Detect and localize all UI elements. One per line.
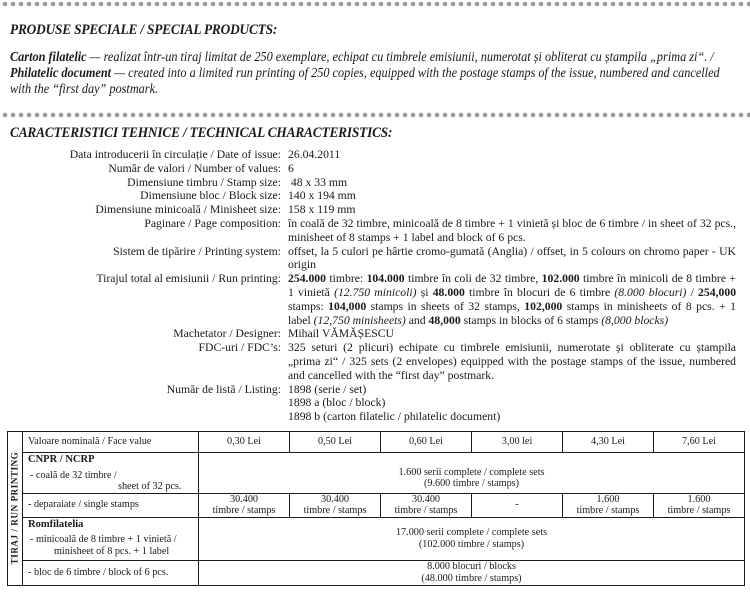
minisheet-sets: 17.000 serii complete / complete sets (199, 527, 744, 539)
spec-row-block-size: Dimensiune bloc / Block size: 140 x 194 … (0, 189, 750, 203)
spec-label: Dimensiune bloc / Block size: (0, 189, 281, 203)
romfilatelia-minisheet-row: Romfilatelia - minicoală de 8 timbre + 1… (8, 517, 745, 560)
spec-value: 325 seturi (2 plicuri) echipate cu timbr… (288, 341, 736, 382)
spec-label: FDC-uri / FDC’s: (0, 341, 281, 382)
spec-row-designer: Machetator / Designer: Mihail VĂMĂȘESCU (0, 327, 750, 341)
spec-row-listing: Număr de listă / Listing: 1898 (serie / … (0, 383, 750, 424)
romfilatelia-group-label: Romfilatelia (28, 519, 198, 531)
block-label: - bloc de 6 timbre / block of 6 pcs. (23, 560, 199, 585)
cnpr-sheet-row: CNPR / NCRP - coală de 32 timbre / sheet… (8, 453, 745, 494)
minisheet-label-ro: - minicoală de 8 timbre + 1 vinietă / (28, 534, 198, 546)
minisheet-stamps: (102.000 timbre / stamps) (199, 539, 744, 551)
spec-value: Mihail VĂMĂȘESCU (288, 327, 736, 341)
face-value-cell: 4,30 Lei (563, 432, 654, 453)
philatelic-card-en-text: — created into a limited run printing of… (10, 65, 720, 96)
spec-value-listing: 1898 (serie / set) 1898 a (bloc / block)… (288, 383, 736, 424)
spec-row-printing-system: Sistem de tipărire / Printing system: of… (0, 245, 750, 273)
spec-label: Dimensiune minicoală / Minisheet size: (0, 203, 281, 217)
spec-row-stamp-size: Dimensiune timbru / Stamp size: 48 x 33 … (0, 176, 750, 190)
philatelic-card-ro-text: — realizat într-un tiraj limitat de 250 … (87, 49, 714, 64)
cnpr-sheet-stamps: (9.600 timbre / stamps) (199, 478, 744, 490)
spec-label: Machetator / Designer: (0, 327, 281, 341)
single-stamps-cell: 1.600timbre / stamps (563, 493, 654, 517)
spec-label: Sistem de tipărire / Printing system: (0, 245, 281, 273)
minisheet-value: 17.000 serii complete / complete sets (1… (199, 517, 745, 560)
block-count: 8.000 blocuri / blocks (199, 561, 744, 573)
single-stamps-cell: 1.600timbre / stamps (654, 493, 745, 517)
face-value-cell: 3,00 lei (472, 432, 563, 453)
spec-row-run-printing: Tirajul total al emisiunii / Run printin… (0, 272, 750, 327)
cnpr-sheet-sets: 1.600 serii complete / complete sets (199, 467, 744, 479)
block-stamps: (48.000 timbre / stamps) (199, 573, 744, 585)
dotted-divider-top (0, 1, 750, 7)
cnpr-single-row: - deparaiate / single stamps 30.400timbr… (8, 493, 745, 517)
romfilatelia-block-row: - bloc de 6 timbre / block of 6 pcs. 8.0… (8, 560, 745, 585)
spec-row-number-of-values: Număr de valori / Number of values: 6 (0, 162, 750, 176)
spec-row-date-of-issue: Data introducerii în circulație / Date o… (0, 148, 750, 162)
spec-row-fdc: FDC-uri / FDC’s: 325 seturi (2 plicuri) … (0, 341, 750, 382)
philatelic-card-en-title: Philatelic document (10, 65, 111, 80)
face-value-cell: 0,50 Lei (290, 432, 381, 453)
special-products-description: Carton filatelic — realizat într-un tira… (10, 49, 742, 97)
block-value: 8.000 blocuri / blocks (48.000 timbre / … (199, 560, 745, 585)
spec-label: Număr de listă / Listing: (0, 383, 281, 424)
cnpr-single-label: - deparaiate / single stamps (23, 493, 199, 517)
spec-label: Paginare / Page composition: (0, 217, 281, 245)
single-stamps-cell: 30.400timbre / stamps (199, 493, 290, 517)
spec-row-minisheet-size: Dimensiune minicoală / Minisheet size: 1… (0, 203, 750, 217)
spec-value: 6 (288, 162, 736, 176)
face-value-cell: 7,60 Lei (654, 432, 745, 453)
special-products-heading: PRODUSE SPECIALE / SPECIAL PRODUCTS: (10, 22, 277, 39)
listing-philatelic-document: 1898 b (carton filatelic / philatelic do… (288, 410, 736, 424)
philatelic-card-ro-title: Carton filatelic (10, 49, 87, 64)
minisheet-label-en: minisheet of 8 pcs. + 1 label (28, 546, 198, 558)
spec-value: în coală de 32 timbre, minicoală de 8 ti… (288, 217, 736, 245)
cnpr-group-label: CNPR / NCRP (28, 454, 198, 466)
spec-value-run-printing: 254.000 timbre: 104.000 timbre în coli d… (288, 272, 736, 327)
run-printing-side-label: TIRAJ / RUN PRINTING (9, 452, 21, 565)
spec-label: Număr de valori / Number of values: (0, 162, 281, 176)
spec-label: Data introducerii în circulație / Date o… (0, 148, 281, 162)
single-stamps-cell: 30.400timbre / stamps (290, 493, 381, 517)
listing-set: 1898 (serie / set) (288, 383, 736, 397)
spec-value: 140 x 194 mm (288, 189, 736, 203)
cnpr-sheet-label-ro: - coală de 32 timbre / (28, 470, 198, 482)
spec-label: Dimensiune timbru / Stamp size: (0, 176, 281, 190)
run-printing-table: TIRAJ / RUN PRINTING Valoare nominală / … (7, 431, 745, 586)
listing-block: 1898 a (bloc / block) (288, 396, 736, 410)
dotted-divider-middle (0, 112, 750, 118)
spec-value: offset, la 5 culori pe hârtie cromo-guma… (288, 245, 736, 273)
romfilatelia-minisheet-label-cell: Romfilatelia - minicoală de 8 timbre + 1… (23, 517, 199, 560)
single-stamps-cell: 30.400timbre / stamps (381, 493, 472, 517)
face-value-row: TIRAJ / RUN PRINTING Valoare nominală / … (8, 432, 745, 453)
single-stamps-cell: - (472, 493, 563, 517)
technical-heading: CARACTERISTICI TEHNICE / TECHNICAL CHARA… (10, 125, 392, 142)
spec-label: Tirajul total al emisiunii / Run printin… (0, 272, 281, 327)
spec-value: 26.04.2011 (288, 148, 736, 162)
side-label-cell: TIRAJ / RUN PRINTING (8, 432, 23, 586)
cnpr-sheet-label-cell: CNPR / NCRP - coală de 32 timbre / sheet… (23, 453, 199, 494)
spec-row-page-composition: Paginare / Page composition: în coală de… (0, 217, 750, 245)
cnpr-sheet-label-en: sheet of 32 pcs. (28, 481, 198, 493)
face-value-label: Valoare nominală / Face value (23, 432, 199, 453)
face-value-cell: 0,60 Lei (381, 432, 472, 453)
spec-value: 48 x 33 mm (288, 176, 736, 190)
cnpr-sheet-value: 1.600 serii complete / complete sets (9.… (199, 453, 745, 494)
spec-value: 158 x 119 mm (288, 203, 736, 217)
face-value-cell: 0,30 Lei (199, 432, 290, 453)
technical-characteristics-list: Data introducerii în circulație / Date o… (0, 148, 750, 424)
